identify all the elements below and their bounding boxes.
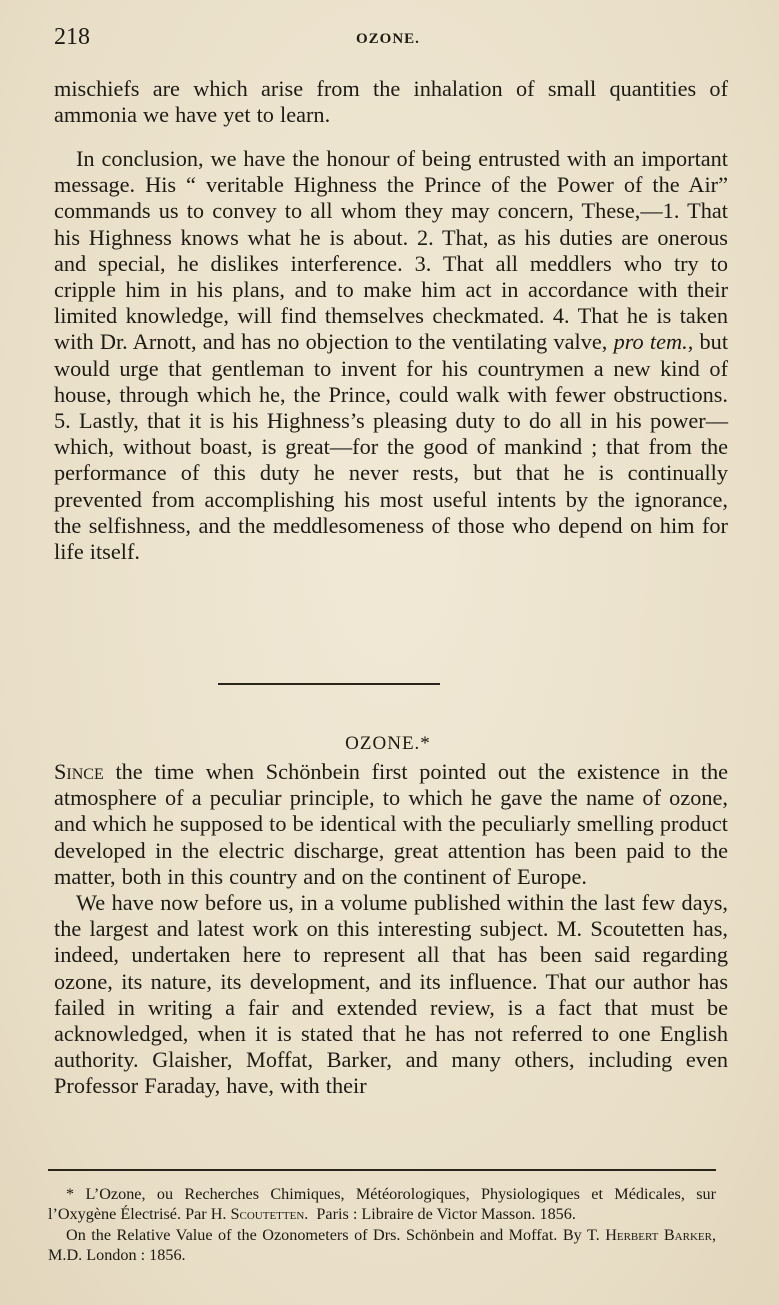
footnote-1: * L’Ozone, ou Recherches Chimiques, Mété…: [48, 1184, 716, 1225]
paragraph-continuation: mischiefs are which arise from the inhal…: [54, 76, 728, 128]
paragraph-text: the time when Schönbein first pointed ou…: [54, 759, 728, 889]
page-header: 218 OZONE.: [48, 24, 728, 54]
footnote-text: Paris : Libraire de Victor Masson. 1856.: [316, 1205, 575, 1223]
small-caps-lead: Since: [54, 759, 104, 784]
footnote-author: Herbert Barker,: [605, 1226, 716, 1244]
footnotes: * L’Ozone, ou Recherches Chimiques, Mété…: [48, 1184, 716, 1266]
footnote-text: On the Relative Value of the Ozonometers…: [66, 1226, 600, 1244]
paragraph-text: In conclusion, we have the honour of bei…: [54, 146, 728, 354]
paragraph-conclusion: In conclusion, we have the honour of bei…: [54, 146, 728, 565]
footnote-text: M.D. London : 1856.: [48, 1246, 186, 1264]
footnote-author: Scoutetten.: [231, 1205, 309, 1223]
footnote-rule: [48, 1169, 716, 1171]
section-title: OZONE.*: [48, 733, 728, 755]
section-body: Since the time when Schönbein first poin…: [54, 759, 728, 1100]
footnote-2: On the Relative Value of the Ozonometers…: [48, 1225, 716, 1266]
paragraph-since: Since the time when Schönbein first poin…: [54, 759, 728, 890]
paragraph-text: but would urge that gentleman to invent …: [54, 329, 728, 564]
page-number: 218: [54, 24, 90, 51]
italic-phrase: pro tem.,: [614, 329, 694, 354]
section-divider: [218, 683, 440, 685]
paragraph-volume: We have now before us, in a volume publi…: [54, 890, 728, 1100]
running-title: OZONE.: [356, 31, 420, 48]
